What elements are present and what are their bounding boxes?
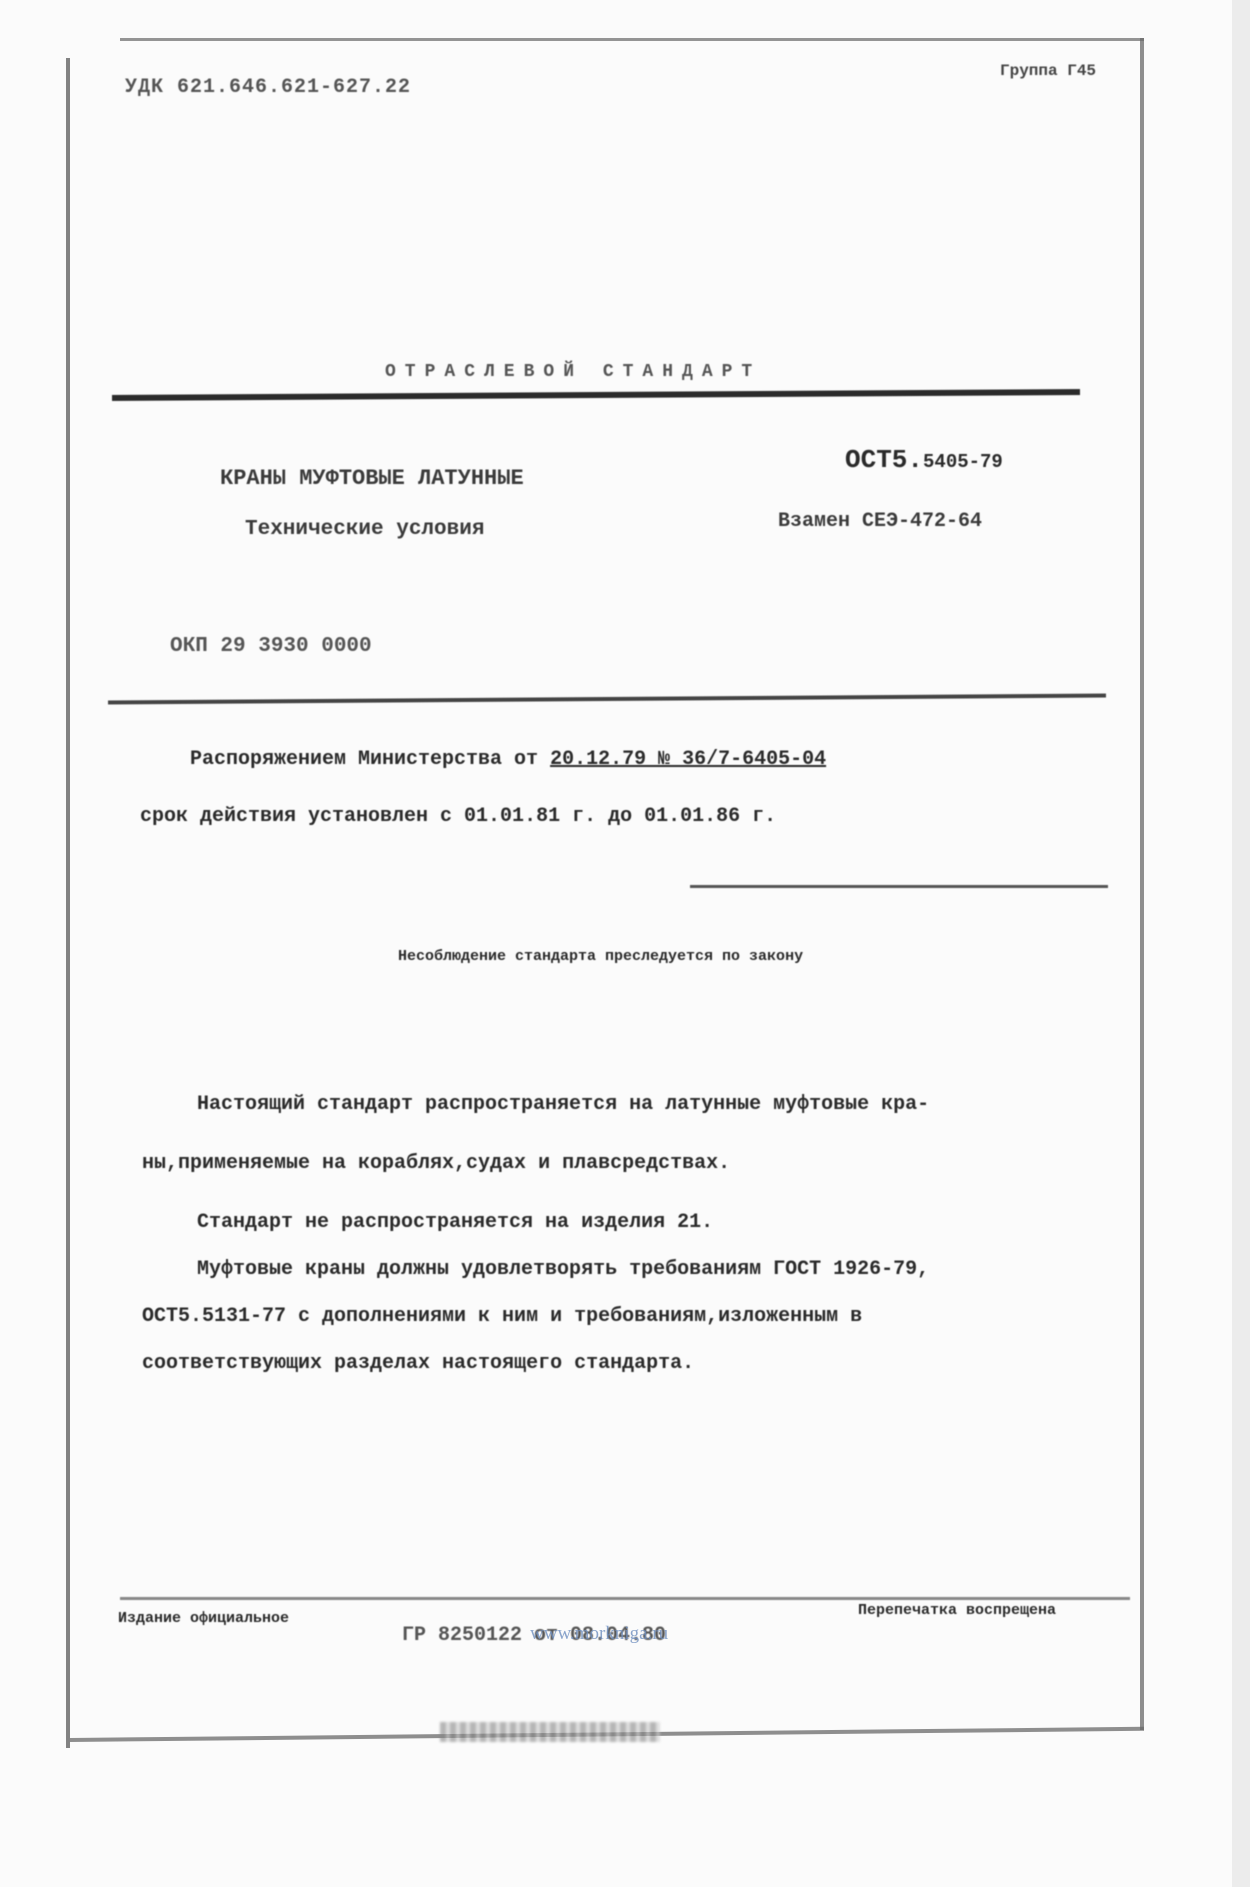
document-subtitle: Технические условия xyxy=(245,518,484,541)
udk-code: УДК 621.646.621-627.22 xyxy=(125,76,411,99)
scope-paragraph: Настоящий стандарт распространяется на л… xyxy=(152,1075,1132,1393)
legal-notice: Несоблюдение стандарта преследуется по з… xyxy=(398,948,803,965)
okp-code: ОКП 29 3930 0000 xyxy=(170,635,372,658)
reprint-prohibited: Перепечатка воспрещена xyxy=(858,1602,1056,1619)
standard-designation: ОСТ5.5405-79 xyxy=(845,445,1003,475)
frame-border-right xyxy=(1140,38,1144,1730)
standard-number: 5405-79 xyxy=(923,451,1003,473)
frame-border-left xyxy=(66,58,70,1748)
order-text: Распоряжением Министерства от xyxy=(190,748,550,771)
paragraph-line: Настоящий стандарт распространяется на л… xyxy=(152,1075,1132,1134)
replaces-note: Взамен СЕЭ-472-64 xyxy=(778,510,982,533)
signature-rule xyxy=(690,885,1108,888)
frame-border-top xyxy=(120,38,1144,41)
scan-edge xyxy=(1232,0,1250,1887)
order-reference: 20.12.79 № 36/7-6405-04 xyxy=(550,748,826,771)
section-rule xyxy=(108,694,1106,705)
order-line: Распоряжением Министерства от 20.12.79 №… xyxy=(190,748,826,771)
validity-term: срок действия установлен с 01.01.81 г. д… xyxy=(140,805,776,828)
stamp-mark xyxy=(440,1722,660,1742)
header-title: ОТРАСЛЕВОЙ СТАНДАРТ xyxy=(385,362,761,382)
paragraph-line: ны,применяемые на кораблях,судах и плавс… xyxy=(142,1134,1132,1193)
standard-prefix: ОСТ5. xyxy=(845,445,923,475)
watermark: www.morkniga.ru xyxy=(530,1623,668,1645)
official-edition: Издание официальное xyxy=(118,1610,289,1627)
group-code: Группа Г45 xyxy=(1000,62,1096,80)
footer-rule xyxy=(120,1597,1130,1600)
header-rule xyxy=(112,389,1080,401)
paragraph-line: соответствующих разделах настоящего стан… xyxy=(142,1334,1132,1393)
product-title: КРАНЫ МУФТОВЫЕ ЛАТУННЫЕ xyxy=(220,466,524,491)
